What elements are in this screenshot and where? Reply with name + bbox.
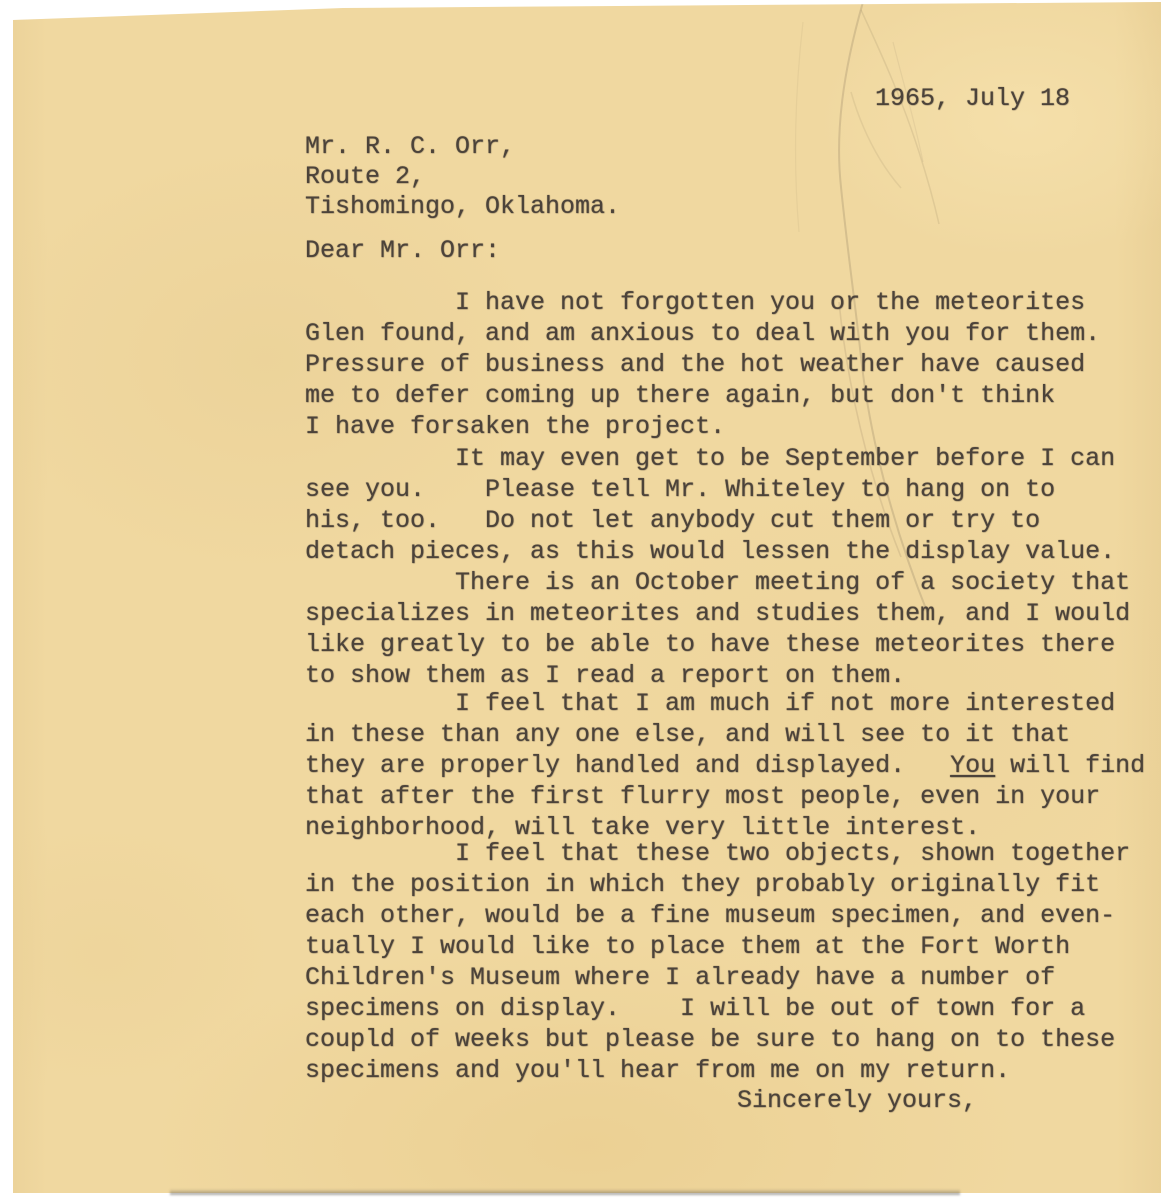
letter-line: they are properly handled and displayed.…	[305, 750, 1161, 781]
letter-line: Children's Museum where I already have a…	[305, 962, 1161, 993]
letter-line: I have forsaken the project.	[305, 411, 1161, 442]
letter-line: that after the first flurry most people,…	[305, 781, 1161, 812]
letter-line: me to defer coming up there again, but d…	[305, 380, 1161, 411]
letter-line: Glen found, and am anxious to deal with …	[305, 318, 1161, 349]
letter-line: tually I would like to place them at the…	[305, 931, 1161, 962]
letter-line: specimens on display. I will be out of t…	[305, 993, 1161, 1024]
letter-line: specimens and you'll hear from me on my …	[305, 1055, 1161, 1086]
letter-line: in these than any one else, and will see…	[305, 719, 1161, 750]
letter-line: to show them as I read a report on them.	[305, 660, 1161, 691]
letter-line: his, too. Do not let anybody cut them or…	[305, 505, 1161, 536]
letter-line: each other, would be a fine museum speci…	[305, 900, 1161, 931]
letter-line: like greatly to be able to have these me…	[305, 629, 1161, 660]
scan-edge-shadow	[170, 1189, 960, 1195]
letter-paragraph: I feel that these two objects, shown tog…	[305, 838, 1161, 1086]
letter-paragraph: It may even get to be September before I…	[305, 443, 1161, 567]
letter-line: I have not forgotten you or the meteorit…	[305, 287, 1161, 318]
underlined-word: You	[950, 751, 995, 780]
letter-line: There is an October meeting of a society…	[305, 567, 1161, 598]
letter-line: detach pieces, as this would lessen the …	[305, 536, 1161, 567]
letter-line: specializes in meteorites and studies th…	[305, 598, 1161, 629]
letter-line: in the position in which they probably o…	[305, 869, 1161, 900]
letter-paragraph: I feel that I am much if not more intere…	[305, 688, 1161, 843]
letter-line: I feel that these two objects, shown tog…	[305, 838, 1161, 869]
letter-line: It may even get to be September before I…	[305, 443, 1161, 474]
letter-line: coupld of weeks but please be sure to ha…	[305, 1024, 1161, 1055]
letter-line: I feel that I am much if not more intere…	[305, 688, 1161, 719]
letter-line: Pressure of business and the hot weather…	[305, 349, 1161, 380]
closing-line: Sincerely yours,	[737, 1085, 977, 1116]
letter-line: see you. Please tell Mr. Whiteley to han…	[305, 474, 1161, 505]
scanned-letter-page: 1965, July 18 Mr. R. C. Orr,Route 2,Tish…	[13, 2, 1161, 1193]
letter-paragraph: There is an October meeting of a society…	[305, 567, 1161, 691]
letter-paragraph: I have not forgotten you or the meteorit…	[305, 287, 1161, 442]
letter-body: I have not forgotten you or the meteorit…	[13, 2, 1161, 1193]
